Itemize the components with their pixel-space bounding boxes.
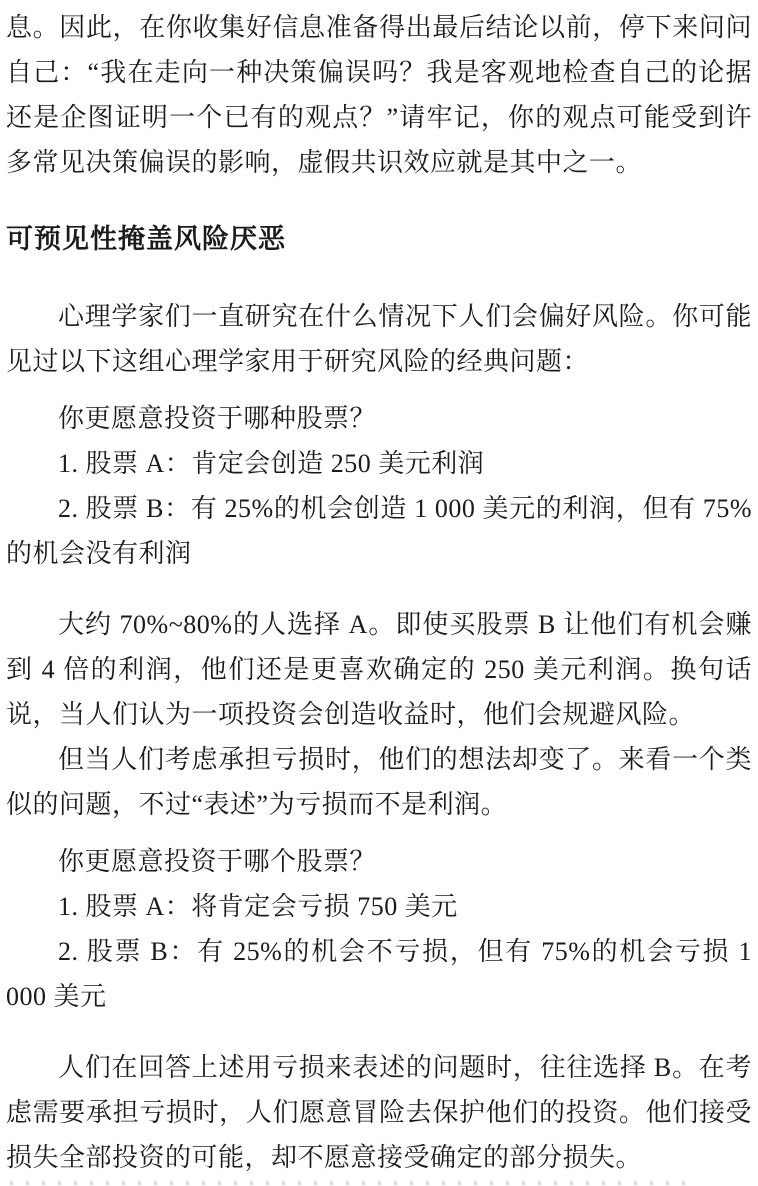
conclusion-paragraph: 人们在回答上述用亏损来表述的问题时，往往选择 B。在考虑需要承担亏损时，人们愿意… [6, 1045, 752, 1180]
question-prompt: 你更愿意投资于哪种股票？ [6, 396, 752, 441]
question-option: 2. 股票 B：有 25%的机会创造 1 000 美元的利润，但有 75%的机会… [6, 486, 752, 576]
book-page: 息。因此，在你收集好信息准备得出最后结论以前，停下来问问自己：“我在走向一种决策… [0, 0, 758, 1186]
question-prompt: 你更愿意投资于哪个股票？ [6, 839, 752, 884]
section-heading: 可预见性掩盖风险厌恶 [6, 217, 752, 262]
intro-paragraph: 心理学家们一直研究在什么情况下人们会偏好风险。你可能见过以下这组心理学家用于研究… [6, 294, 752, 384]
question-block-loss-framing: 你更愿意投资于哪个股票？ 1. 股票 A：将肯定会亏损 750 美元 2. 股票… [6, 839, 752, 1019]
question-option: 1. 股票 A：肯定会创造 250 美元利润 [6, 441, 752, 486]
continuation-paragraph: 息。因此，在你收集好信息准备得出最后结论以前，停下来问问自己：“我在走向一种决策… [6, 5, 752, 185]
question-option: 2. 股票 B：有 25%的机会不亏损，但有 75%的机会亏损 1 000 美元 [6, 929, 752, 1019]
analysis-paragraph: 大约 70%~80%的人选择 A。即使买股票 B 让他们有机会赚到 4 倍的利润… [6, 602, 752, 737]
question-option: 1. 股票 A：将肯定会亏损 750 美元 [6, 884, 752, 929]
question-block-gain-framing: 你更愿意投资于哪种股票？ 1. 股票 A：肯定会创造 250 美元利润 2. 股… [6, 396, 752, 576]
analysis-paragraph: 但当人们考虑承担亏损时，他们的想法却变了。来看一个类似的问题，不过“表述”为亏损… [6, 737, 752, 827]
